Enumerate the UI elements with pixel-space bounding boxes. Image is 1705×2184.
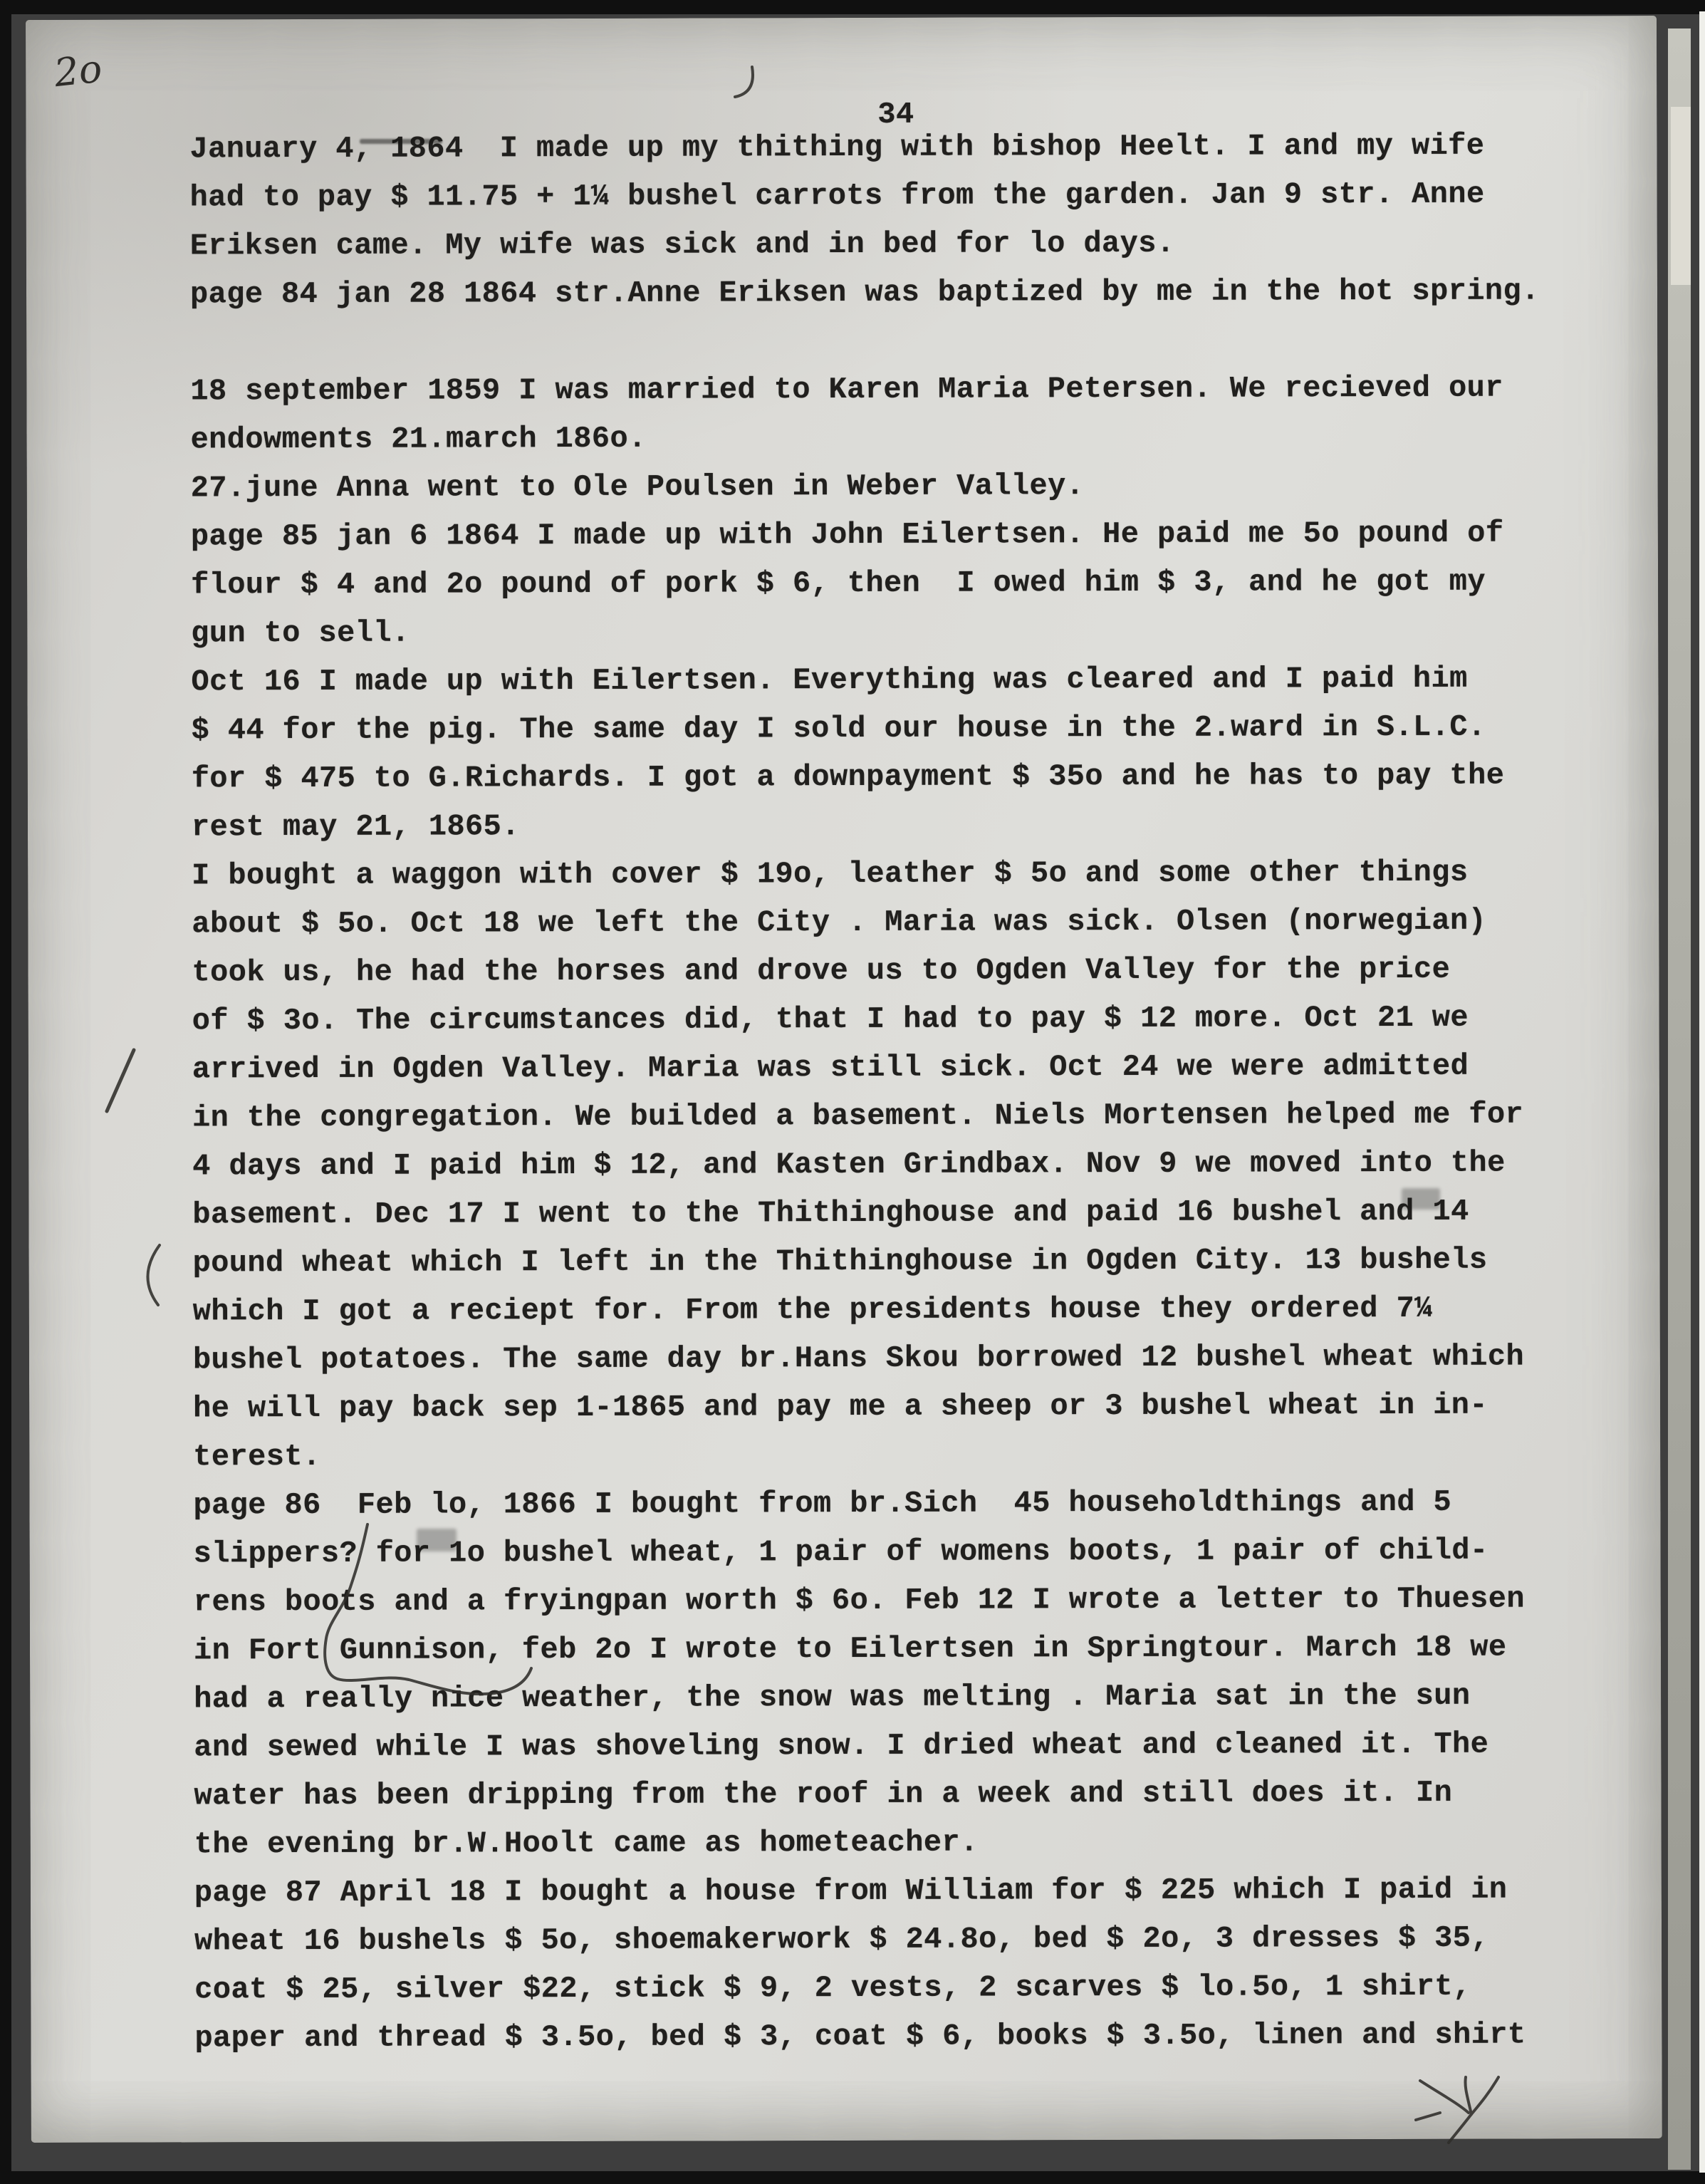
text-line: pound wheat which I left in the Thithing… — [193, 1242, 1617, 1294]
text-line: flour $ 4 and 2o pound of pork $ 6, then… — [191, 564, 1615, 616]
page-edge-highlight — [1671, 107, 1691, 285]
text-line: bushel potatoes. The same day br.Hans Sk… — [193, 1339, 1617, 1391]
text-line: coat $ 25, silver $22, stick $ 9, 2 vest… — [194, 1969, 1619, 2021]
text-line: which I got a reciept for. From the pres… — [193, 1291, 1617, 1343]
text-line: for $ 475 to G.Richards. I got a downpay… — [192, 758, 1616, 810]
text-line: endowments 21.march 186o. — [190, 419, 1615, 471]
overstrike-smudge — [360, 139, 442, 144]
text-line: page 84 jan 28 1864 str.Anne Eriksen was… — [190, 274, 1615, 326]
text-line: slippers? for 1o bushel wheat, 1 pair of… — [194, 1533, 1618, 1585]
typewritten-text: January 4, 1864 I made up my thithing wi… — [189, 128, 1619, 2069]
text-line: of $ 3o. The circumstances did, that I h… — [192, 1000, 1617, 1052]
text-line: he will pay back sep 1-1865 and pay me a… — [193, 1388, 1617, 1440]
text-line: gun to sell. — [191, 613, 1615, 665]
text-line: the evening br.W.Hoolt came as hometeach… — [194, 1824, 1619, 1876]
text-line: Eriksen came. My wife was sick and in be… — [190, 225, 1615, 277]
text-line: January 4, 1864 I made up my thithing wi… — [189, 128, 1614, 180]
overstrike-smudge — [417, 1529, 457, 1551]
text-line: paper and thread $ 3.5o, bed $ 3, coat $… — [194, 2017, 1619, 2069]
text-line: about $ 5o. Oct 18 we left the City . Ma… — [192, 903, 1616, 955]
text-line: in the congregation. We builded a baseme… — [192, 1097, 1617, 1149]
text-line: page 85 jan 6 1864 I made up with John E… — [191, 516, 1615, 568]
text-line: page 87 April 18 I bought a house from W… — [194, 1872, 1619, 1924]
scan-edge-sliver — [1699, 11, 1705, 2173]
text-line: 27.june Anna went to Ole Poulsen in Webe… — [191, 467, 1615, 519]
page-edge-strip — [1668, 28, 1691, 2170]
text-line: Oct 16 I made up with Eilertsen. Everyth… — [191, 661, 1615, 713]
text-line — [190, 322, 1615, 374]
text-line: page 86 Feb lo, 1866 I bought from br.Si… — [193, 1484, 1617, 1536]
text-line: water has been dripping from the roof in… — [194, 1775, 1618, 1827]
text-line: had to pay $ 11.75 + 1¼ bushel carrots f… — [190, 177, 1615, 229]
text-line: arrived in Ogden Valley. Maria was still… — [192, 1049, 1617, 1101]
text-line: wheat 16 bushels $ 5o, shoemakerwork $ 2… — [194, 1920, 1619, 1972]
text-line: terest. — [193, 1436, 1617, 1488]
text-line: took us, he had the horses and drove us … — [192, 952, 1616, 1004]
text-line: 18 september 1859 I was married to Karen… — [190, 370, 1615, 422]
overstrike-smudge — [1402, 1188, 1440, 1210]
document-page: 2o 34 January 4, 1864 I made up my thith… — [26, 16, 1662, 2143]
text-line: $ 44 for the pig. The same day I sold ou… — [192, 709, 1616, 761]
text-line: in Fort Gunnison, feb 2o I wrote to Eile… — [194, 1630, 1618, 1682]
text-line: rens boots and a fryingpan worth $ 6o. F… — [194, 1581, 1618, 1633]
text-line: I bought a waggon with cover $ 19o, leat… — [192, 855, 1616, 907]
text-line: and sewed while I was shoveling snow. I … — [194, 1727, 1618, 1779]
handwritten-corner-note: 2o — [52, 46, 104, 95]
page-number: 34 — [877, 98, 914, 132]
scan-background: { "document": { "page_number": "34", "li… — [0, 0, 1705, 2184]
text-line: rest may 21, 1865. — [192, 806, 1616, 858]
text-line: had a really nice weather, the snow was … — [194, 1678, 1618, 1730]
